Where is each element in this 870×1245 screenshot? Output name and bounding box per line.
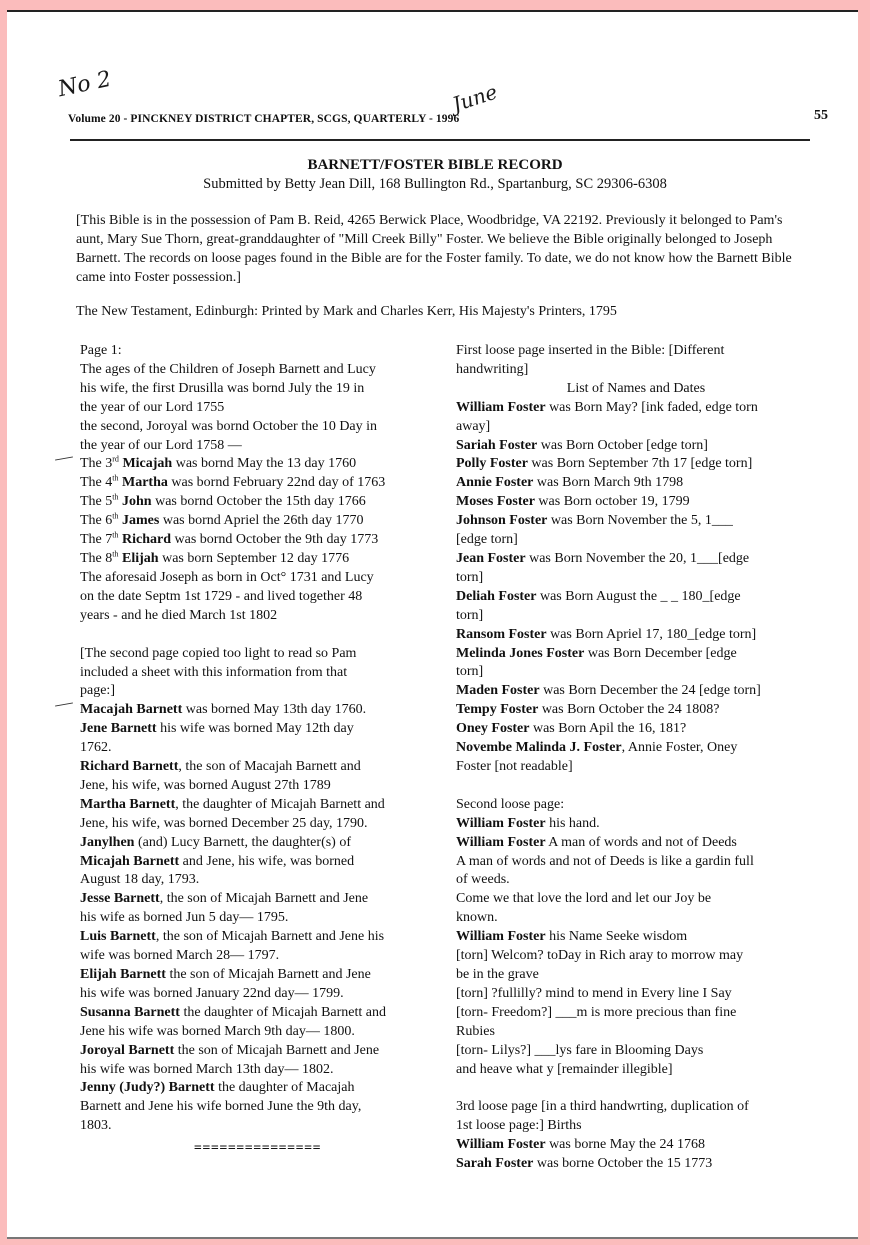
record-line: torn]	[456, 663, 816, 682]
article-title: BARNETT/FOSTER BIBLE RECORD	[0, 157, 870, 174]
record-line: torn]	[456, 569, 816, 588]
record-line: Polly Foster was Born September 7th 17 […	[456, 455, 816, 474]
printing-note: The New Testament, Edinburgh: Printed by…	[76, 304, 812, 320]
text-line: years - and he died March 1st 1802	[80, 607, 435, 626]
record-line: Melinda Jones Foster was Born December […	[456, 645, 816, 664]
child-record: The 7th Richard was bornd October the 9t…	[80, 531, 435, 550]
record-line: 1762.	[80, 739, 435, 758]
record-line: William Foster his hand.	[456, 815, 816, 834]
record-line: 1803.	[80, 1117, 435, 1136]
intro-paragraph: [This Bible is in the possession of Pam …	[76, 211, 812, 287]
text-line: [The second page copied too light to rea…	[80, 645, 435, 664]
record-line: A man of words and not of Deeds is like …	[456, 853, 816, 872]
left-column: Page 1: The ages of the Children of Jose…	[80, 342, 435, 1159]
text-line: The aforesaid Joseph as born in Oct° 173…	[80, 569, 435, 588]
child-record: The 4th Martha was bornd February 22nd d…	[80, 474, 435, 493]
children-list: The 3rd Micajah was bornd May the 13 day…	[80, 455, 435, 568]
record-line: Oney Foster was Born Apil the 16, 181?	[456, 720, 816, 739]
record-line: Sarah Foster was borne October the 15 17…	[456, 1155, 816, 1174]
text-line: handwriting]	[456, 361, 816, 380]
record-line: his wife was borned March 13th day— 1802…	[80, 1061, 435, 1080]
record-line: Tempy Foster was Born October the 24 180…	[456, 701, 816, 720]
text-line: on the date Septm 1st 1729 - and lived t…	[80, 588, 435, 607]
text-line: his wife, the first Drusilla was bornd J…	[80, 380, 435, 399]
record-line: his wife as borned Jun 5 day— 1795.	[80, 909, 435, 928]
record-line: Jesse Barnett, the son of Micajah Barnet…	[80, 890, 435, 909]
text-line: 1st loose page:] Births	[456, 1117, 816, 1136]
first-loose-records: William Foster was Born May? [ink faded,…	[456, 399, 816, 777]
record-line: Jenny (Judy?) Barnett the daughter of Ma…	[80, 1079, 435, 1098]
record-line: away]	[456, 418, 816, 437]
text-line: the second, Joroyal was bornd October th…	[80, 418, 435, 437]
record-line: Sariah Foster was Born October [edge tor…	[456, 437, 816, 456]
record-line: William Foster his Name Seeke wisdom	[456, 928, 816, 947]
child-record: The 8th Elijah was born September 12 day…	[80, 550, 435, 569]
record-line: be in the grave	[456, 966, 816, 985]
record-line: Moses Foster was Born october 19, 1799	[456, 493, 816, 512]
record-line: Richard Barnett, the son of Macajah Barn…	[80, 758, 435, 777]
text-line: The ages of the Children of Joseph Barne…	[80, 361, 435, 380]
record-line: Jene Barnett his wife was borned May 12t…	[80, 720, 435, 739]
record-line: of weeds.	[456, 871, 816, 890]
child-record: The 3rd Micajah was bornd May the 13 day…	[80, 455, 435, 474]
list-title: List of Names and Dates	[456, 380, 816, 399]
second-loose-records: William Foster his hand.William Foster A…	[456, 815, 816, 1080]
child-record: The 5th John was bornd October the 15th …	[80, 493, 435, 512]
page1-lines: The ages of the Children of Joseph Barne…	[80, 361, 435, 456]
record-line: Micajah Barnett and Jene, his wife, was …	[80, 853, 435, 872]
record-line: Maden Foster was Born December the 24 [e…	[456, 682, 816, 701]
third-loose-records: William Foster was borne May the 24 1768…	[456, 1136, 816, 1174]
second-page-records: Macajah Barnett was borned May 13th day …	[80, 701, 435, 1136]
record-line: Luis Barnett, the son of Micajah Barnett…	[80, 928, 435, 947]
text-line: included a sheet with this information f…	[80, 664, 435, 683]
record-line: Macajah Barnett was borned May 13th day …	[80, 701, 435, 720]
record-line: [torn- Lilys?] ___lys fare in Blooming D…	[456, 1042, 816, 1061]
record-line: William Foster A man of words and not of…	[456, 834, 816, 853]
page-number: 55	[814, 108, 828, 124]
record-line: Foster [not readable]	[456, 758, 816, 777]
third-loose-heading: 3rd loose page [in a third handwrting, d…	[456, 1098, 816, 1136]
record-line: Joroyal Barnett the son of Micajah Barne…	[80, 1042, 435, 1061]
section-separator: ===============	[80, 1140, 435, 1159]
running-head: Volume 20 - PINCKNEY DISTRICT CHAPTER, S…	[68, 113, 808, 125]
second-loose-heading: Second loose page:	[456, 796, 816, 815]
record-line: Jene, his wife, was borned August 27th 1…	[80, 777, 435, 796]
record-line: Rubies	[456, 1023, 816, 1042]
second-page-note: [The second page copied too light to rea…	[80, 645, 435, 702]
record-line: William Foster was borne May the 24 1768	[456, 1136, 816, 1155]
text-line: the year of our Lord 1758 —	[80, 437, 435, 456]
record-line: Barnett and Jene his wife borned June th…	[80, 1098, 435, 1117]
record-line: William Foster was Born May? [ink faded,…	[456, 399, 816, 418]
first-loose-heading: First loose page inserted in the Bible: …	[456, 342, 816, 380]
record-line: Jene, his wife, was borned December 25 d…	[80, 815, 435, 834]
record-line: [torn- Freedom?] ___m is more precious t…	[456, 1004, 816, 1023]
record-line: Come we that love the lord and let our J…	[456, 890, 816, 909]
record-line: known.	[456, 909, 816, 928]
record-line: Johnson Foster was Born November the 5, …	[456, 512, 816, 531]
record-line: [torn] Welcom? toDay in Rich aray to mor…	[456, 947, 816, 966]
record-line: Jene his wife was borned March 9th day— …	[80, 1023, 435, 1042]
record-line: and heave what y [remainder illegible]	[456, 1061, 816, 1080]
record-line: Ransom Foster was Born Apriel 17, 180_[e…	[456, 626, 816, 645]
child-record: The 6th James was bornd Apriel the 26th …	[80, 512, 435, 531]
record-line: Janylhen (and) Lucy Barnett, the daughte…	[80, 834, 435, 853]
text-line: 3rd loose page [in a third handwrting, d…	[456, 1098, 816, 1117]
record-line: Martha Barnett, the daughter of Micajah …	[80, 796, 435, 815]
record-line: Novembe Malinda J. Foster, Annie Foster,…	[456, 739, 816, 758]
article-submitter: Submitted by Betty Jean Dill, 168 Bullin…	[0, 176, 870, 193]
record-line: torn]	[456, 607, 816, 626]
text-line: First loose page inserted in the Bible: …	[456, 342, 816, 361]
text-line: page:]	[80, 682, 435, 701]
record-line: Deliah Foster was Born August the _ _ 18…	[456, 588, 816, 607]
record-line: Susanna Barnett the daughter of Micajah …	[80, 1004, 435, 1023]
header-rule	[70, 139, 810, 141]
page1-heading: Page 1:	[80, 342, 435, 361]
record-line: his wife was borned January 22nd day— 17…	[80, 985, 435, 1004]
record-line: Elijah Barnett the son of Micajah Barnet…	[80, 966, 435, 985]
record-line: [torn] ?fullilly? mind to mend in Every …	[456, 985, 816, 1004]
record-line: August 18 day, 1793.	[80, 871, 435, 890]
record-line: [edge torn]	[456, 531, 816, 550]
record-line: wife was borned March 28— 1797.	[80, 947, 435, 966]
aforesaid-note: The aforesaid Joseph as born in Oct° 173…	[80, 569, 435, 626]
text-line: the year of our Lord 1755	[80, 399, 435, 418]
record-line: Jean Foster was Born November the 20, 1_…	[456, 550, 816, 569]
right-column: First loose page inserted in the Bible: …	[456, 342, 816, 1174]
record-line: Annie Foster was Born March 9th 1798	[456, 474, 816, 493]
